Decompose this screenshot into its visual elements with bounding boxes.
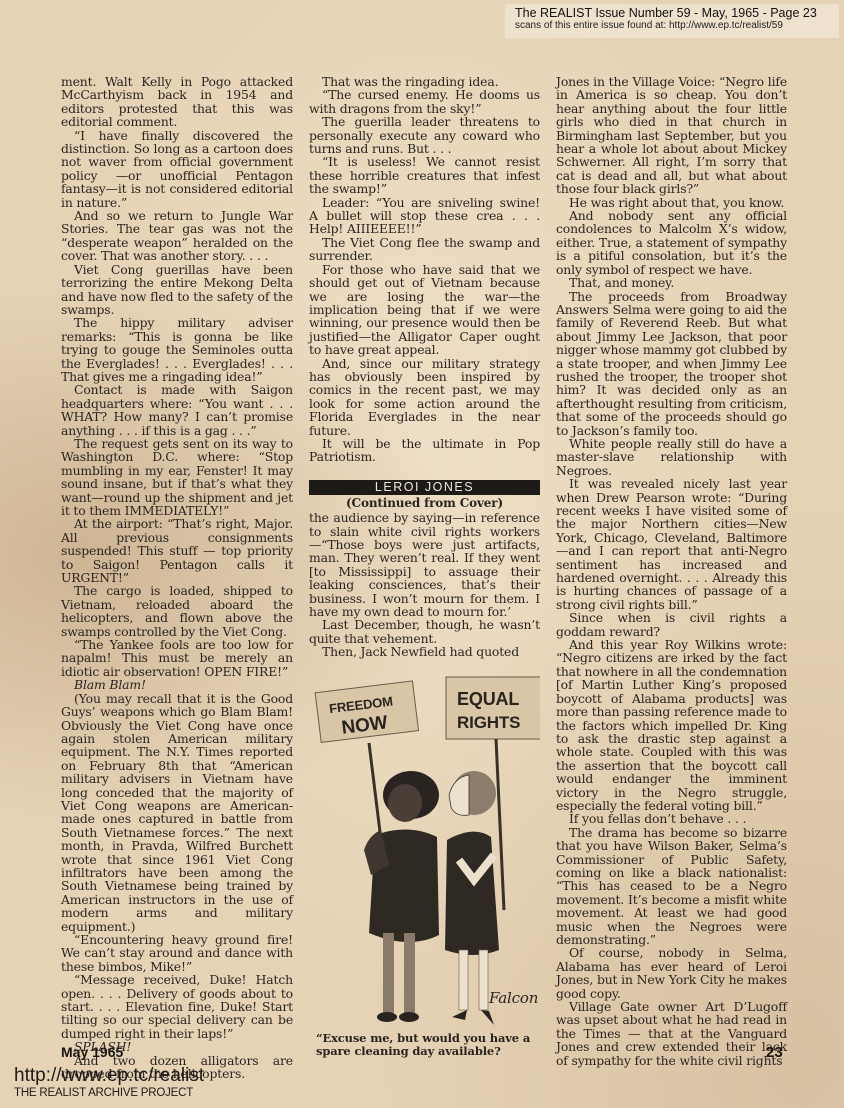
paragraph: “I have finally discovered the distincti… <box>61 129 293 209</box>
paragraph: Of course, nobody in Selma, Alabama has … <box>556 946 787 1000</box>
paragraph-sound-effect: Blam Blam! <box>61 678 293 691</box>
archive-header-stamp: The REALIST Issue Number 59 - May, 1965 … <box>505 4 839 38</box>
cartoon-drawing: FREEDOM NOW EQUAL RIGHTS <box>309 665 540 1030</box>
paragraph: The drama has become so bizarre that you… <box>556 826 787 947</box>
paragraph: Then, Jack Newfield had quoted <box>309 645 540 658</box>
paragraph: That, and money. <box>556 276 787 289</box>
paragraph: That was the ringading idea. <box>309 75 540 88</box>
paragraph: Viet Cong guerillas have been terrorizin… <box>61 263 293 317</box>
paragraph: The proceeds from Broadway Answers Selma… <box>556 290 787 437</box>
section-banner: LEROI JONES <box>309 480 540 495</box>
paragraph: the audience by saying—in reference to s… <box>309 511 540 618</box>
issue-title: The REALIST Issue Number 59 - May, 1965 … <box>505 4 839 20</box>
issue-scans-link[interactable]: scans of this entire issue found at: htt… <box>505 20 839 31</box>
paragraph: And so we return to Jungle War Stories. … <box>61 209 293 263</box>
paragraph: Contact is made with Saigon headquarters… <box>61 383 293 437</box>
paragraph: ment. Walt Kelly in Pogo attacked McCart… <box>61 75 293 129</box>
sign-right-line2: RIGHTS <box>457 713 520 732</box>
paragraph: Last December, though, he wasn’t quite t… <box>309 618 540 645</box>
paragraph: He was right about that, you know. <box>556 196 787 209</box>
paragraph: White people really still do have a mast… <box>556 437 787 477</box>
paragraph: “The cursed enemy. He dooms us with drag… <box>309 88 540 115</box>
archive-url-link[interactable]: http://www.ep.tc/realist <box>14 1066 204 1086</box>
cartoon-illustration: FREEDOM NOW EQUAL RIGHTS <box>309 665 540 1030</box>
article-column-2: That was the ringading idea. “The cursed… <box>309 75 540 1058</box>
issue-date: May 1965 <box>61 1044 123 1060</box>
paragraph: “Message received, Duke! Hatch open. . .… <box>61 973 293 1040</box>
paragraph: The hippy military adviser remarks: “Thi… <box>61 316 293 383</box>
paragraph: The guerilla leader threatens to persona… <box>309 115 540 155</box>
paragraph: Village Gate owner Art D’Lugoff was upse… <box>556 1000 787 1067</box>
paragraph: At the airport: “That’s right, Major. Al… <box>61 517 293 584</box>
paragraph: And this year Roy Wilkins wrote: “Negro … <box>556 638 787 812</box>
archive-project-name: THE REALIST ARCHIVE PROJECT <box>14 1086 204 1100</box>
sign-right-line1: EQUAL <box>457 689 519 709</box>
article-column-3: Jones in the Village Voice: “Negro life … <box>556 75 787 1067</box>
artist-signature: Falcon <box>488 989 538 1007</box>
paragraph: “The Yankee fools are too low for napalm… <box>61 638 293 678</box>
paragraph: Jones in the Village Voice: “Negro life … <box>556 75 787 196</box>
paragraph: For those who have said that we should g… <box>309 263 540 357</box>
page-number: 23 <box>766 1044 783 1061</box>
paragraph: Since when is civil rights a goddam rewa… <box>556 611 787 638</box>
paragraph: “It is useless! We cannot resist these h… <box>309 155 540 195</box>
paragraph: The Viet Cong flee the swamp and surrend… <box>309 236 540 263</box>
paragraph: And nobody sent any official condolences… <box>556 209 787 276</box>
paragraph: The cargo is loaded, shipped to Vietnam,… <box>61 584 293 638</box>
archive-watermark: http://www.ep.tc/realist THE REALIST ARC… <box>14 1066 204 1100</box>
paragraph: If you fellas don’t behave . . . <box>556 812 787 825</box>
paragraph: And, since our military strategy has obv… <box>309 357 540 437</box>
paragraph: It was revealed nicely last year when Dr… <box>556 477 787 611</box>
article-column-1: ment. Walt Kelly in Pogo attacked McCart… <box>61 75 293 1080</box>
paragraph: The request gets sent on its way to Wash… <box>61 437 293 517</box>
cartoon-caption: “Excuse me, but would you have a spare c… <box>309 1032 540 1058</box>
paragraph: Leader: “You are sniveling swine! A bull… <box>309 196 540 236</box>
section-subtitle: (Continued from Cover) <box>309 497 540 510</box>
paragraph: It will be the ultimate in Pop Patriotis… <box>309 437 540 464</box>
paragraph: “Encountering heavy ground fire! We can’… <box>61 933 293 973</box>
paragraph: (You may recall that it is the Good Guys… <box>61 692 293 933</box>
